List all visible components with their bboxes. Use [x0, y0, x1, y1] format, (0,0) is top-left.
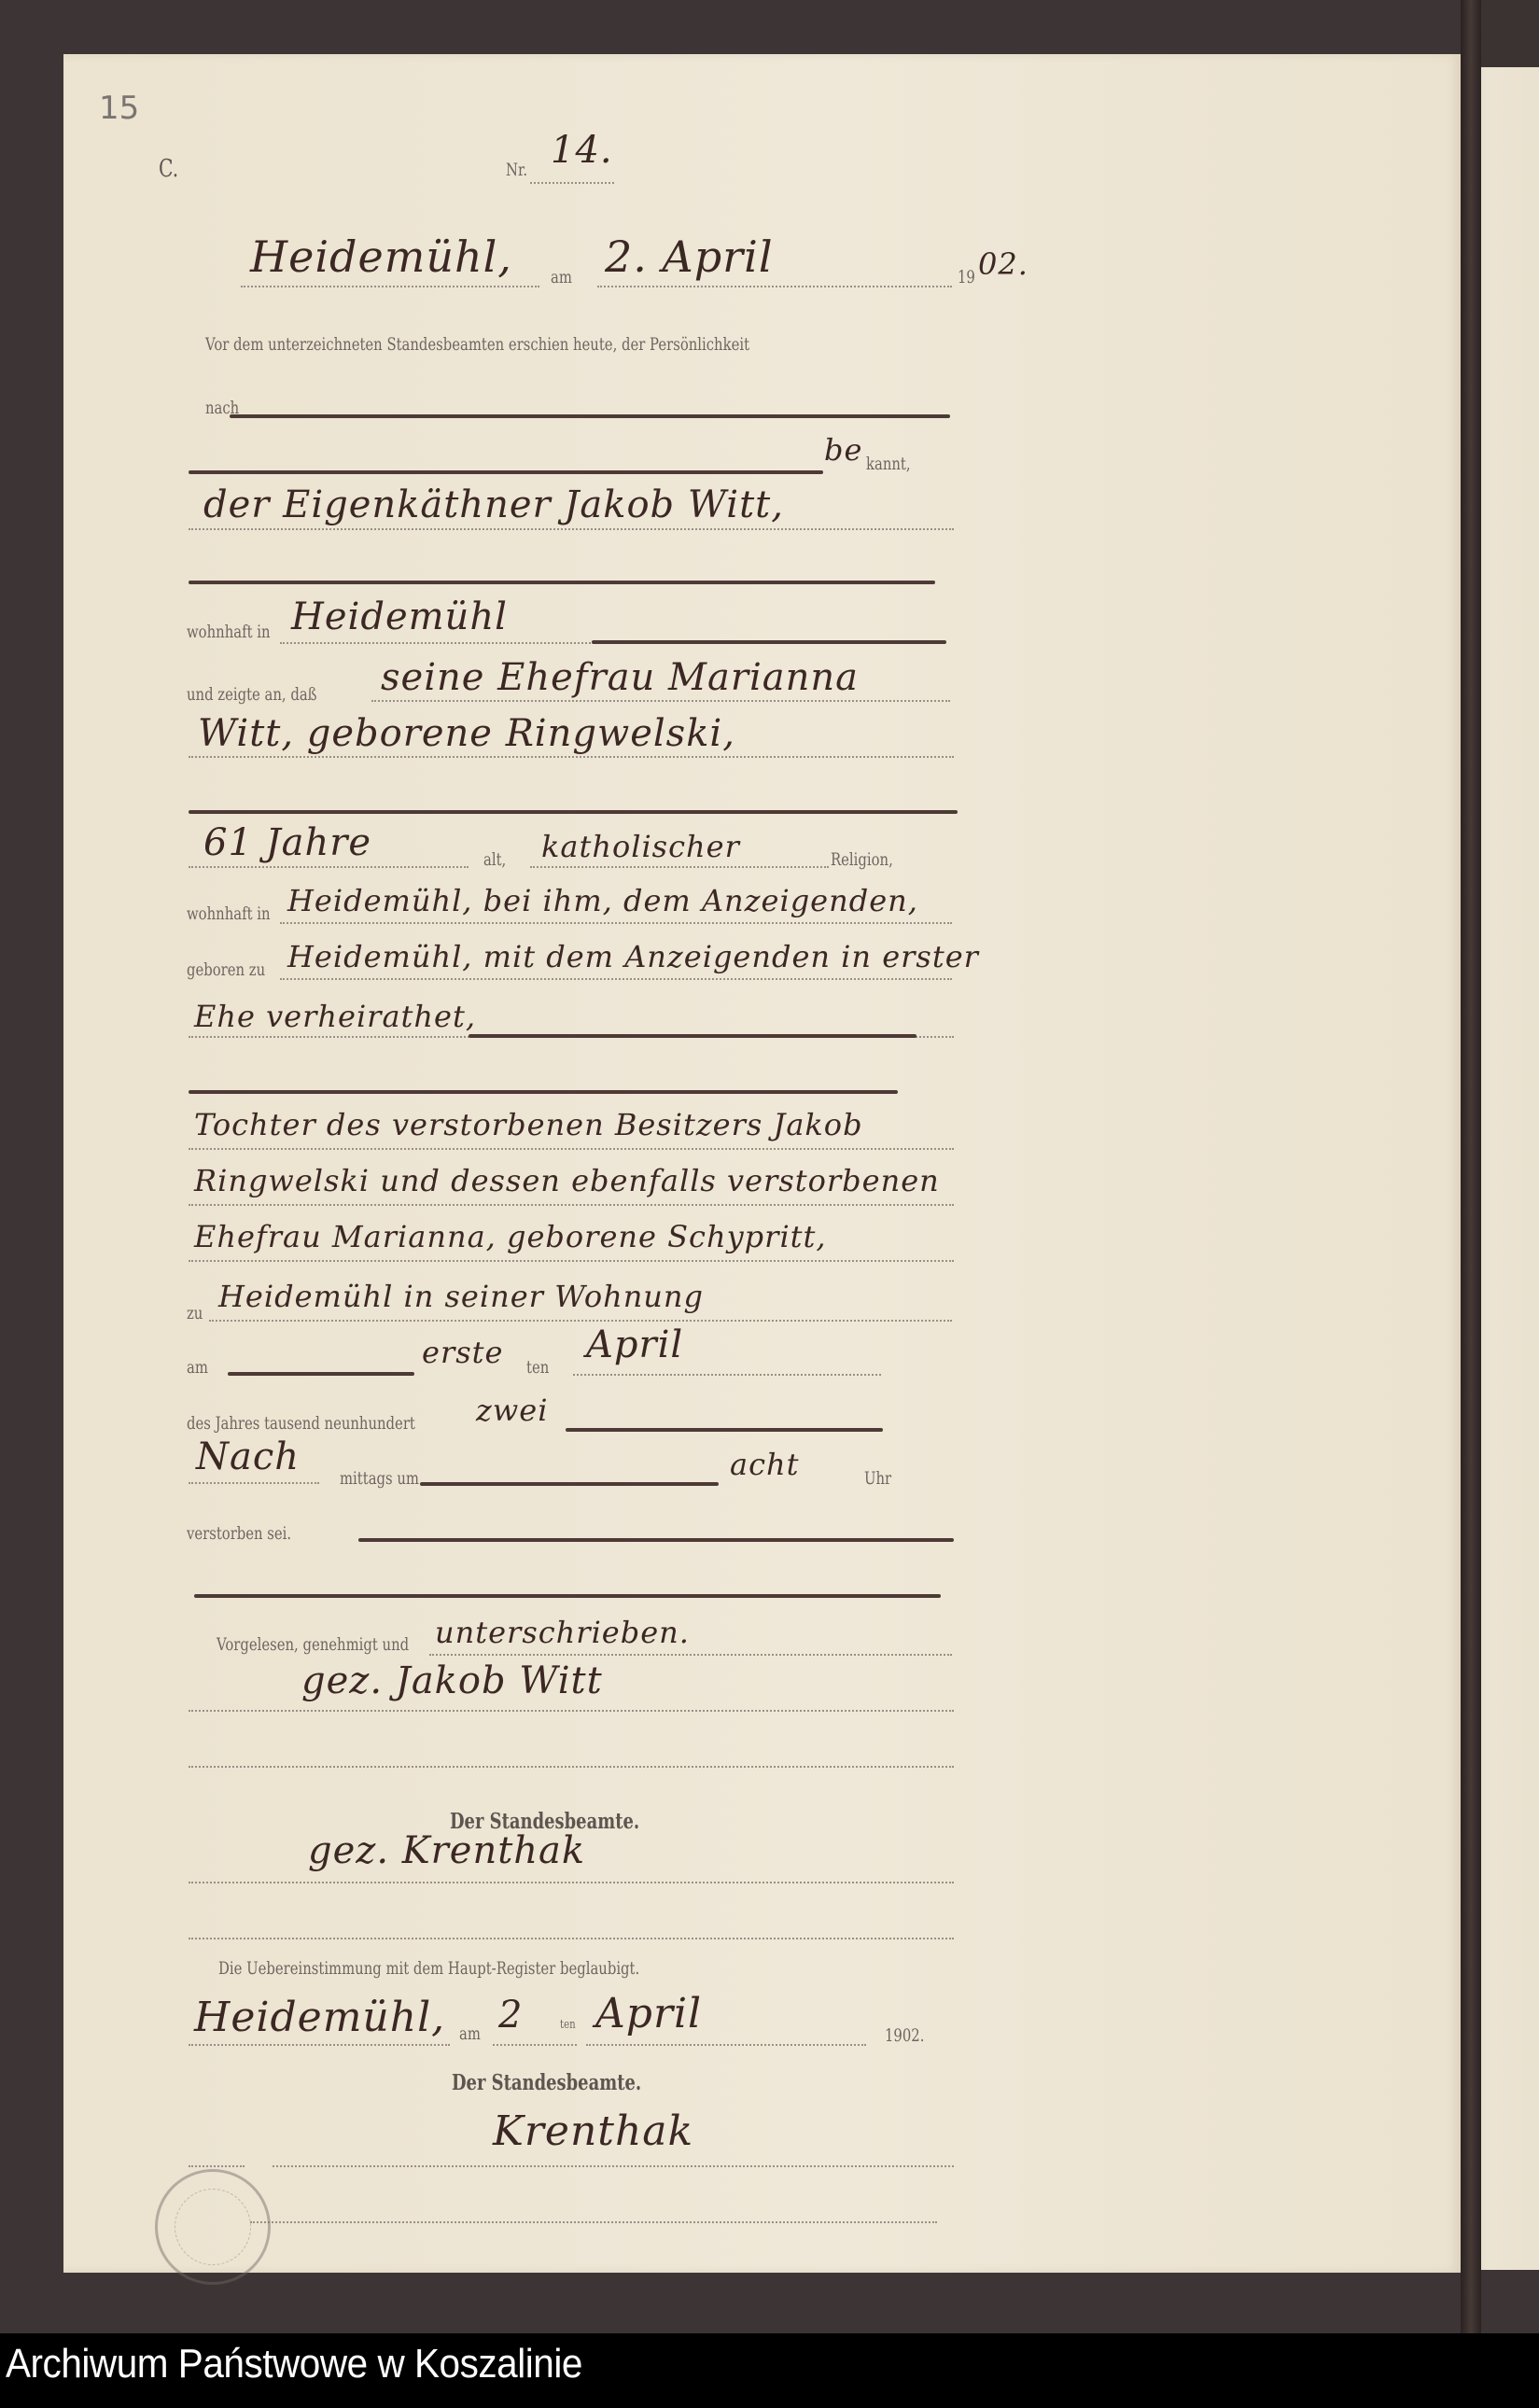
cert-signature: Krenthak — [493, 2107, 693, 2155]
dotted-line — [189, 1882, 954, 1883]
dotted-line — [280, 978, 952, 980]
pencil-page-number: 15 — [99, 90, 139, 127]
dotted-line — [189, 1260, 954, 1262]
dotted-line — [241, 286, 539, 287]
register-page: 15 C. Nr. 14. Heidemühl, am 2. April 19 … — [63, 54, 1461, 2273]
cert-am-label: am — [459, 2023, 481, 2044]
bekannt-printed: kannt, — [866, 454, 911, 474]
filled-rule — [189, 1090, 898, 1094]
certification-text: Die Uebereinstimmung mit dem Haupt-Regis… — [218, 1958, 639, 1979]
entry-number: 14. — [551, 129, 613, 172]
dotted-line — [273, 2165, 954, 2167]
alt-label: alt, — [483, 849, 506, 870]
death-place: Heidemühl in seiner Wohnung — [218, 1279, 704, 1314]
place-handwritten: Heidemühl, — [250, 231, 512, 282]
informant-signature: gez. Jakob Witt — [301, 1659, 603, 1702]
filled-rule — [194, 1594, 941, 1598]
vorgelesen-handwritten: unterschrieben. — [435, 1615, 690, 1650]
informant: der Eigenkäthner Jakob Witt, — [203, 483, 784, 526]
year-suffix: 02. — [978, 246, 1028, 282]
wohnhaft-label: wohnhaft in — [187, 622, 271, 642]
am-label-2: am — [187, 1357, 208, 1378]
zeigte-label: und zeigte an, daß — [187, 684, 317, 705]
dotted-line — [530, 182, 614, 184]
age: 61 Jahre — [203, 821, 371, 864]
wohnhaft-label-2: wohnhaft in — [187, 903, 271, 924]
filled-rule — [469, 1034, 916, 1038]
parents-line2: Ringwelski und dessen ebenfalls verstorb… — [194, 1163, 940, 1198]
right-page-background — [1481, 0, 1539, 67]
dotted-line — [189, 2165, 245, 2167]
verstorben-label: verstorben sei. — [187, 1523, 291, 1544]
religion: katholischer — [541, 829, 740, 864]
date-handwritten: 2. April — [605, 231, 774, 282]
cert-registrar-title: Der Standesbeamte. — [452, 2070, 641, 2095]
dotted-line — [429, 1654, 952, 1656]
book-spine — [1461, 0, 1481, 2333]
filled-rule — [358, 1538, 954, 1542]
zu-label: zu — [187, 1303, 203, 1323]
bekannt-handwritten: be — [824, 432, 862, 468]
dotted-line — [189, 1204, 954, 1206]
filled-rule — [230, 414, 950, 418]
registrar-signature: gez. Krenthak — [308, 1829, 585, 1872]
dotted-line — [189, 2044, 450, 2046]
death-hour: acht — [730, 1447, 799, 1482]
register-letter: C. — [159, 155, 178, 183]
year-prefix: 19 — [958, 267, 975, 287]
deceased-line2: Witt, geborene Ringwelski, — [198, 712, 735, 755]
uhr-label: Uhr — [864, 1468, 891, 1489]
filled-rule — [592, 640, 946, 644]
dotted-line — [189, 1938, 954, 1939]
filled-rule — [420, 1482, 719, 1486]
dotted-line — [280, 922, 952, 924]
filled-rule — [189, 581, 935, 584]
birthplace: Heidemühl, mit dem Anzeigenden in erster — [287, 939, 979, 974]
vorgelesen-label: Vorgelesen, genehmigt und — [217, 1634, 409, 1655]
ten-label: ten — [526, 1357, 549, 1378]
filled-rule — [189, 810, 958, 814]
intro-text: Vor dem unterzeichneten Standesbeamten e… — [205, 334, 749, 355]
entry-number-label: Nr. — [506, 160, 527, 180]
dotted-line — [371, 700, 950, 702]
dotted-line — [493, 2044, 577, 2046]
parents-line3: Ehefrau Marianna, geborene Schypritt, — [194, 1219, 827, 1254]
archive-stamp — [155, 2169, 271, 2285]
dotted-line — [189, 866, 469, 868]
mittags-label: mittags um — [340, 1468, 419, 1489]
filled-rule — [566, 1428, 883, 1432]
geboren-label: geboren zu — [187, 959, 265, 980]
deceased-residence: Heidemühl, bei ihm, dem Anzeigenden, — [287, 883, 918, 918]
cert-ten-label: ten — [560, 2018, 576, 2032]
deceased-line1: seine Ehefrau Marianna — [381, 656, 859, 699]
cert-month: April — [595, 1990, 702, 2037]
filled-rule — [228, 1372, 414, 1376]
cert-day: 2 — [498, 1994, 523, 2037]
cert-place: Heidemühl, — [194, 1994, 445, 2041]
filled-rule — [189, 470, 823, 474]
jahres-label: des Jahres tausend neunhundert — [187, 1413, 415, 1434]
marriage: Ehe verheirathet, — [194, 999, 476, 1034]
religion-label: Religion, — [831, 849, 893, 870]
dotted-line — [597, 286, 952, 287]
informant-residence: Heidemühl — [291, 595, 508, 638]
death-year: zwei — [476, 1393, 548, 1428]
death-day: erste — [422, 1335, 503, 1370]
dotted-line — [209, 1320, 952, 1322]
am-label: am — [551, 267, 572, 287]
dotted-line — [250, 2221, 937, 2223]
dotted-line — [573, 1374, 881, 1376]
death-month: April — [586, 1323, 683, 1366]
dotted-line — [189, 528, 954, 530]
dotted-line — [586, 2044, 866, 2046]
parents-line1: Tochter des verstorbenen Besitzers Jakob — [194, 1107, 863, 1142]
dotted-line — [189, 1766, 954, 1768]
archive-caption: Archiwum Państwowe w Koszalinie — [6, 2341, 582, 2387]
dotted-line — [189, 756, 954, 758]
dotted-line — [530, 866, 829, 868]
dotted-line — [189, 1710, 954, 1712]
time-prefix: Nach — [196, 1435, 300, 1478]
dotted-line — [189, 1482, 319, 1484]
dotted-line — [189, 1148, 954, 1150]
cert-year: 1902. — [885, 2025, 924, 2046]
